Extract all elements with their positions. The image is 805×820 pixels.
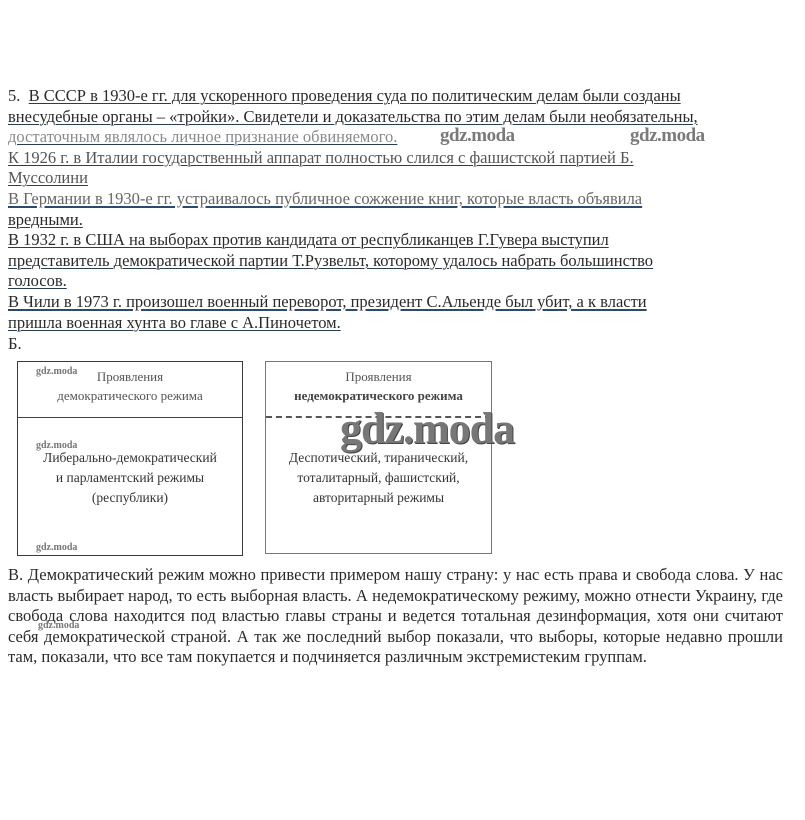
task-item-chile: В Чили в 1973 г. произошел военный перев… [8, 292, 783, 333]
text-line: представитель демократической партии Т.Р… [8, 251, 783, 272]
text-line: 5. В СССР в 1930-е гг. для ускоренного п… [8, 86, 783, 107]
text-line: В 1932 г. в США на выборах против кандид… [8, 230, 783, 251]
watermark: gdz.moda [340, 403, 514, 454]
text-line: голосов. [8, 271, 783, 292]
task-item-italy: К 1926 г. в Италии государственный аппар… [8, 148, 783, 189]
part-v-section: В. Демократический режим можно привести … [8, 565, 783, 668]
watermark: gdz.moda [630, 125, 705, 147]
box-body: Деспотический, тиранический, тоталитарны… [266, 448, 491, 508]
part-v-text: В. Демократический режим можно привести … [8, 565, 783, 668]
watermark: gdz.moda [36, 542, 77, 553]
text-line: вредными. [8, 210, 783, 231]
task-item-germany: В Германии в 1930-е гг. устраивалось пуб… [8, 189, 783, 230]
democratic-regime-box: Проявления демократического режима Либер… [17, 361, 243, 556]
text-line: В Германии в 1930-е гг. устраивалось пуб… [8, 189, 783, 210]
task-number: 5. [8, 86, 20, 105]
watermark: gdz.moda [36, 440, 77, 451]
watermark: gdz.moda [36, 366, 77, 377]
task-item-usa: В 1932 г. в США на выборах против кандид… [8, 230, 783, 292]
watermark: gdz.moda [38, 620, 79, 631]
watermark: gdz.moda [440, 125, 515, 147]
text-line: Муссолини [8, 168, 783, 189]
part-b-label: Б. [8, 334, 783, 354]
regime-comparison-boxes: Проявления демократического режима Либер… [17, 361, 497, 556]
text-line: В Чили в 1973 г. произошел военный перев… [8, 292, 783, 313]
non-democratic-regime-box: Проявления недемократического режима Дес… [265, 361, 492, 554]
text-line: пришла военная хунта во главе с А.Пиноче… [8, 313, 783, 334]
text-line: К 1926 г. в Италии государственный аппар… [8, 148, 783, 169]
box-body: Либерально-демократический и парламентск… [18, 448, 242, 508]
